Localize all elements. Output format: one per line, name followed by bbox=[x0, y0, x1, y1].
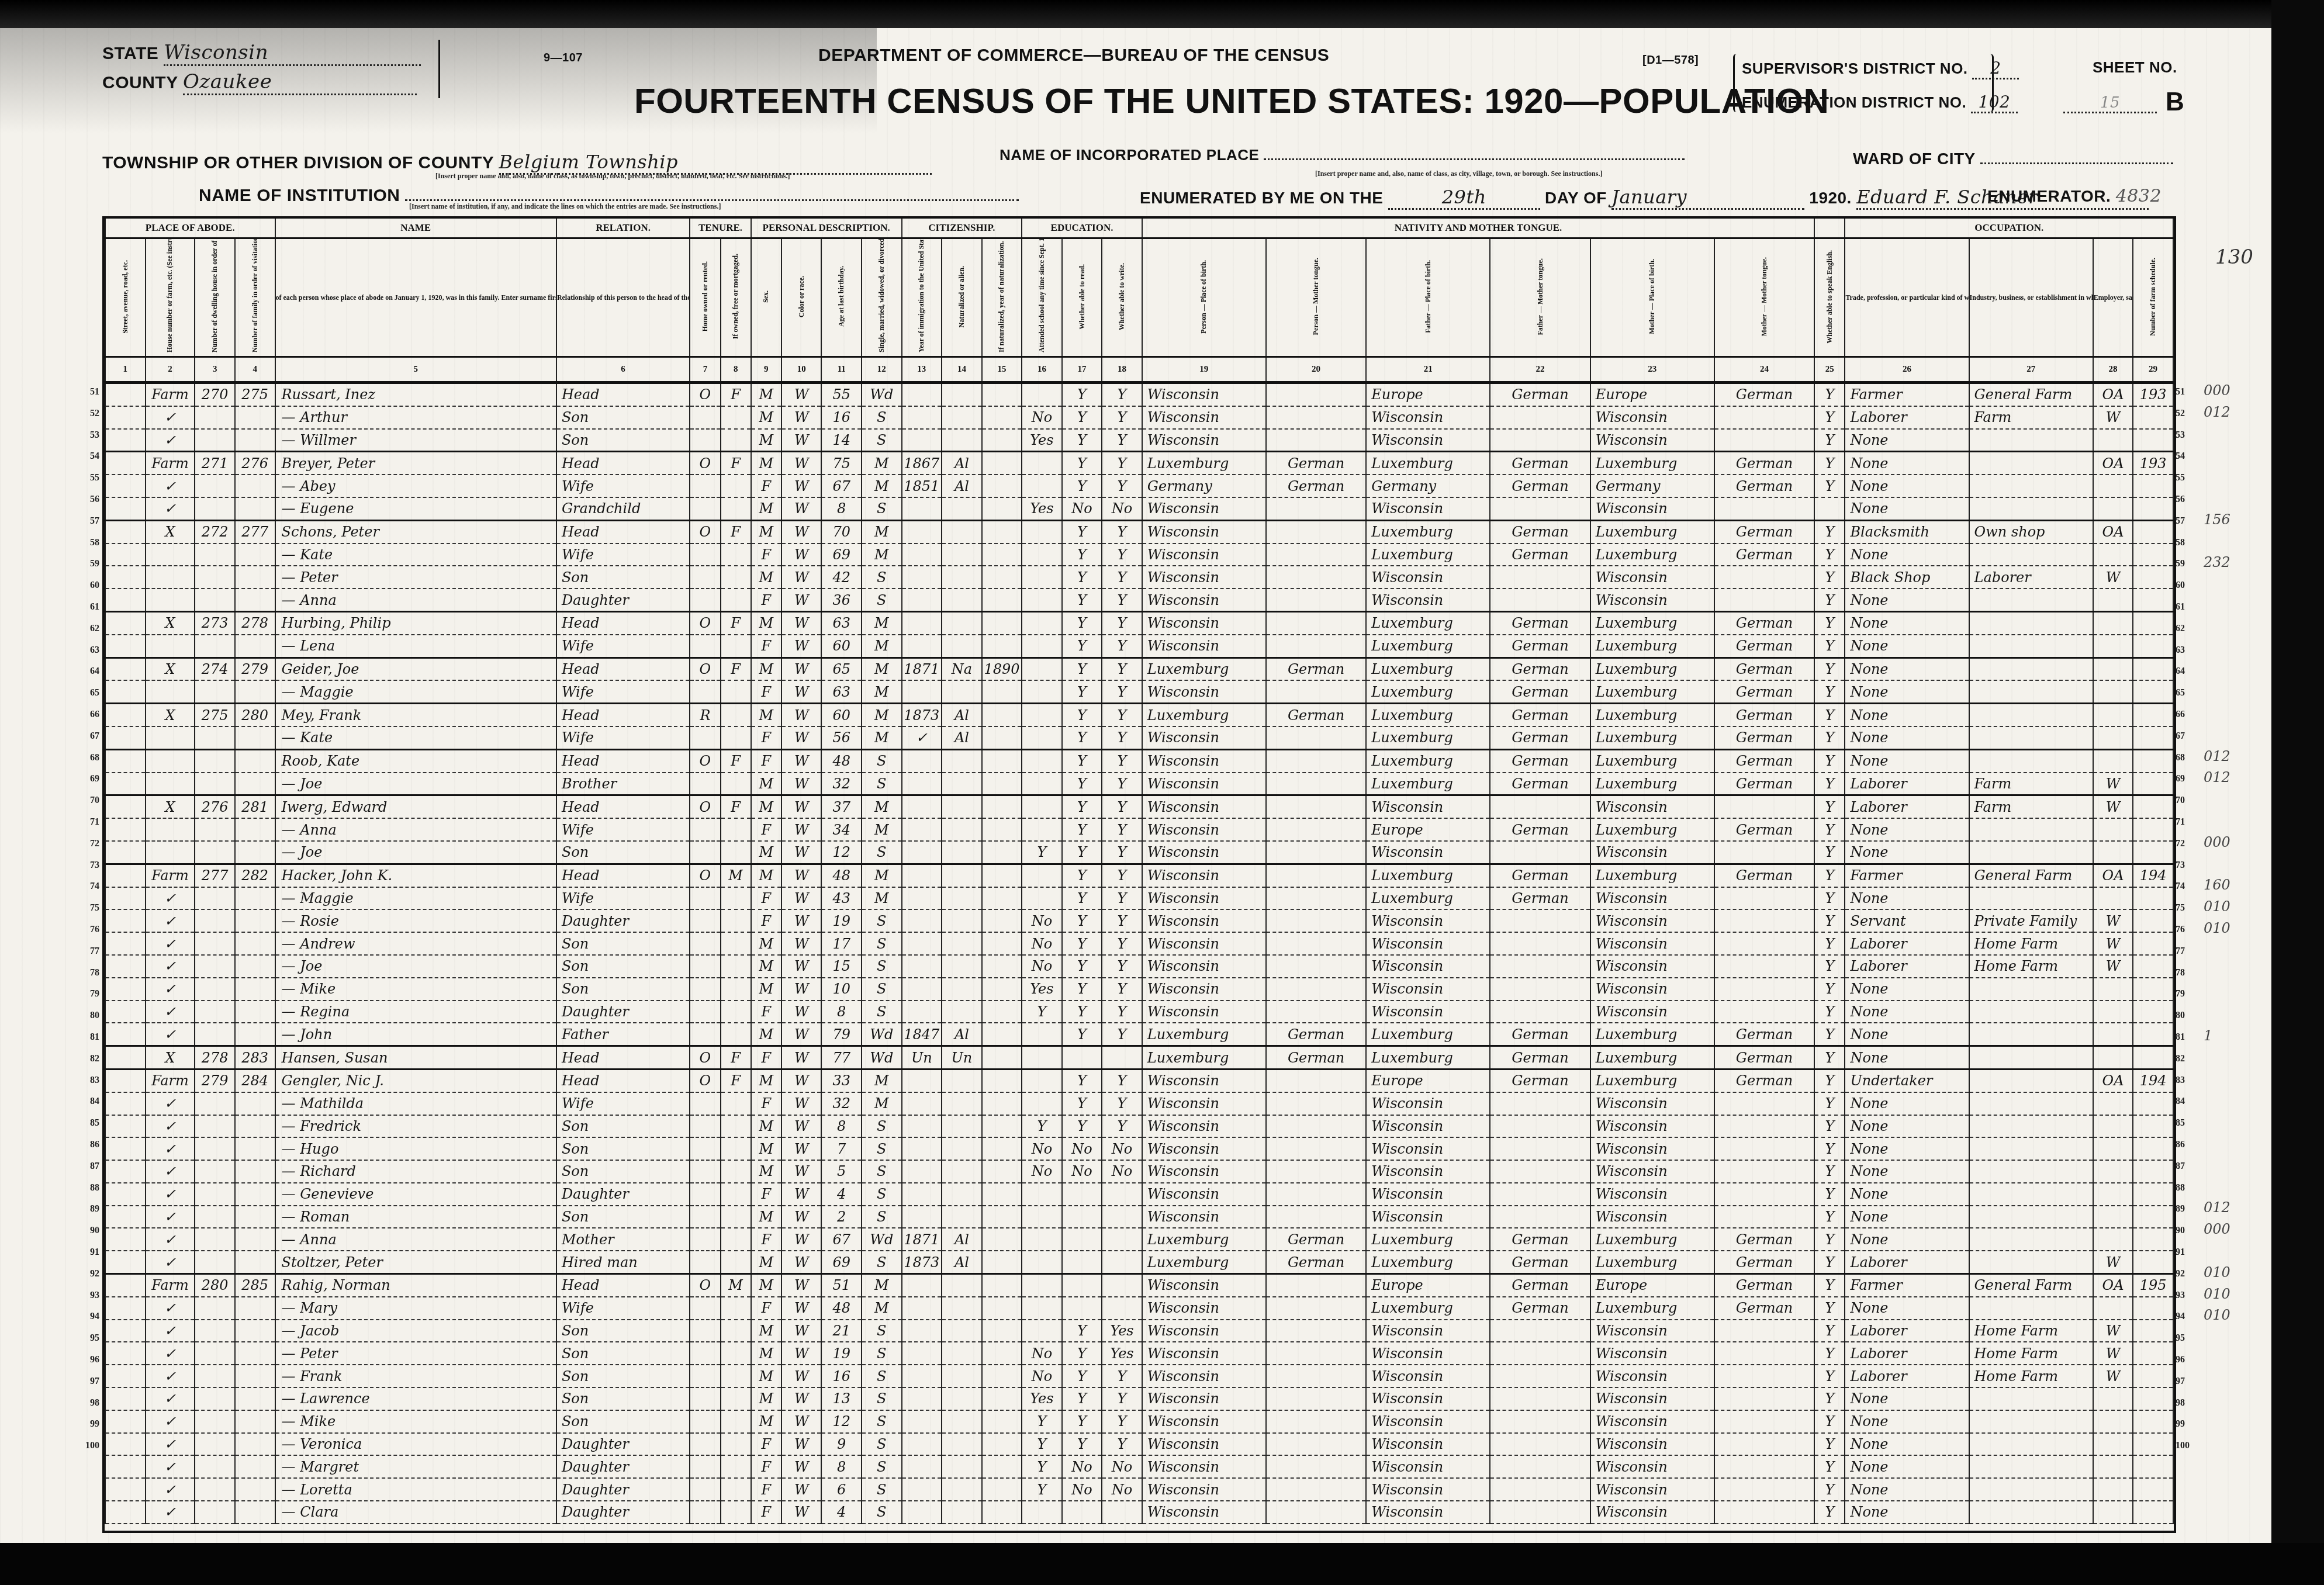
cell-relation: Wife bbox=[556, 544, 690, 566]
cell-natyr bbox=[982, 841, 1022, 864]
cell-mtongue bbox=[1714, 406, 1814, 429]
column-group-4: PERSONAL DESCRIPTION. bbox=[751, 219, 902, 238]
cell-tongue bbox=[1266, 864, 1366, 887]
cell-tongue: German bbox=[1266, 1228, 1366, 1251]
incorporated-place-label: NAME OF INCORPORATED PLACE bbox=[1000, 146, 1259, 164]
enumerator-label: ENUMERATOR. bbox=[1987, 187, 2111, 205]
cell-trade: Laborer bbox=[1845, 955, 1969, 978]
cell-trade: None bbox=[1845, 1046, 1969, 1070]
cell-age: 2 bbox=[821, 1206, 862, 1228]
cell-pob: Wisconsin bbox=[1142, 1115, 1266, 1138]
cell-ftongue bbox=[1490, 909, 1590, 932]
margin-code: 000 bbox=[2204, 1221, 2230, 1237]
supervisor-district-value: 2 bbox=[1972, 58, 2019, 79]
cell-mtongue: German bbox=[1714, 452, 1814, 475]
cell-school bbox=[1022, 887, 1062, 910]
cell-eng: Y bbox=[1814, 1206, 1845, 1228]
column-header-2: House number or farm, etc. (See instruct… bbox=[146, 238, 195, 357]
line-number-left: 91 bbox=[0, 1247, 99, 1258]
cell-pob: Wisconsin bbox=[1142, 406, 1266, 429]
cell-trade: None bbox=[1845, 1206, 1969, 1228]
line-number-left: 56 bbox=[0, 494, 99, 505]
cell-school: Y bbox=[1022, 841, 1062, 864]
line-number-left: 86 bbox=[0, 1140, 99, 1150]
cell-emp bbox=[2093, 704, 2133, 726]
cell-imm bbox=[902, 1274, 942, 1297]
cell-ftongue: German bbox=[1490, 1023, 1590, 1046]
cell-race: W bbox=[781, 429, 822, 452]
cell-marital: M bbox=[862, 452, 902, 475]
cell-read bbox=[1062, 1297, 1102, 1320]
cell-own bbox=[690, 497, 720, 520]
cell-ftongue: German bbox=[1490, 452, 1590, 475]
cell-write: No bbox=[1102, 1137, 1142, 1160]
cell-family bbox=[235, 1023, 275, 1046]
cell-pob: Wisconsin bbox=[1142, 1320, 1266, 1342]
column-header-25: Whether able to speak English. bbox=[1814, 238, 1845, 357]
table-row: ✓— AnnaMotherFW67Wd1871AlLuxemburgGerman… bbox=[105, 1228, 2173, 1251]
cell-name: — Willmer bbox=[275, 429, 556, 452]
cell-relation: Hired man bbox=[556, 1251, 690, 1273]
cell-relation: Head bbox=[556, 1046, 690, 1070]
cell-nat bbox=[942, 680, 982, 703]
cell-natyr bbox=[982, 1433, 1022, 1456]
cell-abode: ✓ bbox=[146, 932, 195, 955]
cell-sex: M bbox=[751, 1320, 781, 1342]
column-header-29: Number of farm schedule. bbox=[2133, 238, 2173, 357]
cell-trade: None bbox=[1845, 978, 1969, 1001]
cell-fpob: Luxemburg bbox=[1366, 1251, 1490, 1273]
cell-marital: S bbox=[862, 841, 902, 864]
cell-farm bbox=[2133, 1410, 2173, 1433]
cell-ftongue bbox=[1490, 1410, 1590, 1433]
cell-read bbox=[1062, 1274, 1102, 1297]
cell-street bbox=[105, 680, 146, 703]
cell-family bbox=[235, 1137, 275, 1160]
cell-family bbox=[235, 1387, 275, 1410]
cell-imm bbox=[902, 1137, 942, 1160]
cell-farm: 193 bbox=[2133, 452, 2173, 475]
cell-imm bbox=[902, 383, 942, 406]
cell-write: Y bbox=[1102, 475, 1142, 497]
cell-farm bbox=[2133, 818, 2173, 841]
cell-tongue bbox=[1266, 520, 1366, 543]
cell-emp: W bbox=[2093, 795, 2133, 818]
line-number-right: 55 bbox=[2176, 473, 2185, 483]
cell-emp bbox=[2093, 1455, 2133, 1478]
cell-relation: Wife bbox=[556, 818, 690, 841]
cell-mtongue: German bbox=[1714, 726, 1814, 749]
cell-family bbox=[235, 1365, 275, 1387]
table-row: ✓— AndrewSonMW17SNoYYWisconsinWisconsinW… bbox=[105, 932, 2173, 955]
cell-eng: Y bbox=[1814, 818, 1845, 841]
cell-name: — Regina bbox=[275, 1001, 556, 1023]
cell-sex: M bbox=[751, 611, 781, 634]
cell-mtongue: German bbox=[1714, 1228, 1814, 1251]
cell-industry: Home Farm bbox=[1969, 1342, 2093, 1365]
cell-ftongue bbox=[1490, 497, 1590, 520]
cell-age: 63 bbox=[821, 611, 862, 634]
cell-eng: Y bbox=[1814, 452, 1845, 475]
margin-code: 012 bbox=[2204, 404, 2230, 420]
cell-marital: Wd bbox=[862, 1228, 902, 1251]
cell-school bbox=[1022, 611, 1062, 634]
cell-natyr bbox=[982, 452, 1022, 475]
cell-emp bbox=[2093, 1183, 2133, 1206]
cell-dwelling bbox=[195, 1251, 235, 1273]
cell-street bbox=[105, 726, 146, 749]
line-number-left: 60 bbox=[0, 580, 99, 591]
cell-free bbox=[721, 704, 751, 726]
cell-abode: ✓ bbox=[146, 1115, 195, 1138]
cell-family bbox=[235, 1478, 275, 1501]
cell-write: Y bbox=[1102, 818, 1142, 841]
cell-industry: Home Farm bbox=[1969, 1320, 2093, 1342]
cell-dwelling: 271 bbox=[195, 452, 235, 475]
column-number-8: 8 bbox=[721, 357, 751, 383]
cell-eng: Y bbox=[1814, 589, 1845, 611]
cell-mpob: Wisconsin bbox=[1590, 1115, 1714, 1138]
cell-fpob: Luxemburg bbox=[1366, 520, 1490, 543]
cell-street bbox=[105, 1365, 146, 1387]
cell-family bbox=[235, 566, 275, 589]
cell-industry bbox=[1969, 1455, 2093, 1478]
cell-race: W bbox=[781, 680, 822, 703]
cell-read: Y bbox=[1062, 1387, 1102, 1410]
cell-abode: X bbox=[146, 611, 195, 634]
cell-sex: F bbox=[751, 1501, 781, 1524]
cell-farm bbox=[2133, 1297, 2173, 1320]
cell-read: Y bbox=[1062, 383, 1102, 406]
cell-tongue bbox=[1266, 1297, 1366, 1320]
township-label: TOWNSHIP OR OTHER DIVISION OF COUNTY bbox=[102, 153, 494, 172]
cell-race: W bbox=[781, 1251, 822, 1273]
column-header-text: If naturalized, year of naturalization. bbox=[998, 241, 1005, 352]
cell-natyr bbox=[982, 864, 1022, 887]
cell-ftongue bbox=[1490, 1092, 1590, 1115]
cell-name: — Anna bbox=[275, 589, 556, 611]
cell-ftongue: German bbox=[1490, 680, 1590, 703]
cell-imm: 1847 bbox=[902, 1023, 942, 1046]
cell-nat bbox=[942, 1410, 982, 1433]
cell-mpob: Luxemburg bbox=[1590, 1023, 1714, 1046]
cell-school bbox=[1022, 475, 1062, 497]
cell-farm bbox=[2133, 1046, 2173, 1070]
cell-name: Geider, Joe bbox=[275, 657, 556, 680]
cell-abode: X bbox=[146, 704, 195, 726]
census-table: PLACE OF ABODE.NAMERELATION.TENURE.PERSO… bbox=[102, 216, 2176, 1533]
table-row: ✓— JoeSonMW15SNoYYWisconsinWisconsinWisc… bbox=[105, 955, 2173, 978]
cell-emp bbox=[2093, 1160, 2133, 1183]
cell-ftongue bbox=[1490, 1206, 1590, 1228]
cell-pob: Wisconsin bbox=[1142, 566, 1266, 589]
cell-natyr bbox=[982, 497, 1022, 520]
cell-fpob: Luxemburg bbox=[1366, 749, 1490, 772]
cell-abode: ✓ bbox=[146, 978, 195, 1001]
cell-emp bbox=[2093, 1046, 2133, 1070]
cell-farm bbox=[2133, 1342, 2173, 1365]
cell-industry bbox=[1969, 1206, 2093, 1228]
cell-sex: M bbox=[751, 1410, 781, 1433]
cell-tongue bbox=[1266, 1001, 1366, 1023]
table-row: ✓— EugeneGrandchildMW8SYesNoNoWisconsinW… bbox=[105, 497, 2173, 520]
enumerated-day: 29th bbox=[1388, 186, 1540, 210]
cell-write: Y bbox=[1102, 680, 1142, 703]
cell-name: — Andrew bbox=[275, 932, 556, 955]
line-number-left: 88 bbox=[0, 1183, 99, 1193]
cell-industry bbox=[1969, 657, 2093, 680]
column-header-text: Number of dwelling house in order of vis… bbox=[211, 241, 219, 352]
ward-label: WARD OF CITY bbox=[1853, 150, 1975, 168]
cell-write: Y bbox=[1102, 1115, 1142, 1138]
cell-own bbox=[690, 406, 720, 429]
cell-eng: Y bbox=[1814, 1069, 1845, 1092]
cell-abode: ✓ bbox=[146, 1342, 195, 1365]
cell-fpob: Wisconsin bbox=[1366, 406, 1490, 429]
cell-pob: Wisconsin bbox=[1142, 864, 1266, 887]
cell-race: W bbox=[781, 635, 822, 657]
cell-nat bbox=[942, 864, 982, 887]
cell-fpob: Luxemburg bbox=[1366, 864, 1490, 887]
cell-nat bbox=[942, 566, 982, 589]
cell-name: Roob, Kate bbox=[275, 749, 556, 772]
cell-free bbox=[721, 1501, 751, 1524]
cell-mtongue bbox=[1714, 566, 1814, 589]
cell-free: F bbox=[721, 749, 751, 772]
cell-nat bbox=[942, 1183, 982, 1206]
cell-dwelling: 279 bbox=[195, 1069, 235, 1092]
column-number-3: 3 bbox=[195, 357, 235, 383]
cell-ftongue: German bbox=[1490, 1228, 1590, 1251]
cell-nat bbox=[942, 909, 982, 932]
cell-imm bbox=[902, 1001, 942, 1023]
line-number-left: 68 bbox=[0, 753, 99, 763]
cell-mtongue bbox=[1714, 1455, 1814, 1478]
cell-tongue bbox=[1266, 589, 1366, 611]
cell-farm bbox=[2133, 544, 2173, 566]
cell-mpob: Germany bbox=[1590, 475, 1714, 497]
cell-industry bbox=[1969, 841, 2093, 864]
cell-farm bbox=[2133, 909, 2173, 932]
cell-pob: Wisconsin bbox=[1142, 1069, 1266, 1092]
table-row: ✓— RomanSonMW2SWisconsinWisconsinWiscons… bbox=[105, 1206, 2173, 1228]
cell-name: — Abey bbox=[275, 475, 556, 497]
cell-sex: F bbox=[751, 635, 781, 657]
cell-mpob: Wisconsin bbox=[1590, 1160, 1714, 1183]
cell-read: Y bbox=[1062, 611, 1102, 634]
cell-mpob: Wisconsin bbox=[1590, 1433, 1714, 1456]
cell-imm bbox=[902, 589, 942, 611]
margin-code: 012 bbox=[2204, 1199, 2230, 1216]
cell-nat bbox=[942, 1455, 982, 1478]
cell-write: Y bbox=[1102, 520, 1142, 543]
cell-mtongue bbox=[1714, 1501, 1814, 1524]
cell-family bbox=[235, 406, 275, 429]
cell-dwelling bbox=[195, 589, 235, 611]
column-number-23: 23 bbox=[1590, 357, 1714, 383]
cell-school bbox=[1022, 383, 1062, 406]
line-number-right: 85 bbox=[2176, 1118, 2185, 1129]
line-number-right: 74 bbox=[2176, 881, 2185, 892]
cell-relation: Head bbox=[556, 795, 690, 818]
cell-read: Y bbox=[1062, 773, 1102, 795]
cell-race: W bbox=[781, 1228, 822, 1251]
cell-dwelling bbox=[195, 1365, 235, 1387]
supervisor-district-label: SUPERVISOR'S DISTRICT NO. bbox=[1742, 60, 1968, 77]
cell-read: Y bbox=[1062, 520, 1102, 543]
cell-tongue bbox=[1266, 749, 1366, 772]
cell-ftongue: German bbox=[1490, 1046, 1590, 1070]
cell-pob: Wisconsin bbox=[1142, 1137, 1266, 1160]
cell-farm bbox=[2133, 611, 2173, 634]
cell-name: — Mike bbox=[275, 978, 556, 1001]
cell-ftongue bbox=[1490, 978, 1590, 1001]
cell-farm bbox=[2133, 1228, 2173, 1251]
cell-industry bbox=[1969, 589, 2093, 611]
cell-school bbox=[1022, 749, 1062, 772]
cell-eng: Y bbox=[1814, 635, 1845, 657]
cell-marital: S bbox=[862, 589, 902, 611]
cell-imm bbox=[902, 1387, 942, 1410]
cell-name: — Eugene bbox=[275, 497, 556, 520]
line-number-right: 83 bbox=[2176, 1075, 2185, 1086]
cell-dwelling: 275 bbox=[195, 704, 235, 726]
cell-own bbox=[690, 1455, 720, 1478]
cell-race: W bbox=[781, 406, 822, 429]
cell-write bbox=[1102, 1501, 1142, 1524]
cell-sex: F bbox=[751, 544, 781, 566]
cell-trade: Farmer bbox=[1845, 864, 1969, 887]
column-header-12: Single, married, widowed, or divorced. bbox=[862, 238, 902, 357]
cell-age: 16 bbox=[821, 406, 862, 429]
line-number-left: 89 bbox=[0, 1204, 99, 1214]
cell-sex: M bbox=[751, 383, 781, 406]
cell-sex: M bbox=[751, 1251, 781, 1273]
cell-farm bbox=[2133, 887, 2173, 910]
cell-tongue bbox=[1266, 795, 1366, 818]
cell-pob: Wisconsin bbox=[1142, 383, 1266, 406]
cell-natyr bbox=[982, 429, 1022, 452]
cell-abode: ✓ bbox=[146, 1433, 195, 1456]
cell-emp bbox=[2093, 475, 2133, 497]
cell-read: Y bbox=[1062, 704, 1102, 726]
cell-marital: S bbox=[862, 406, 902, 429]
cell-family bbox=[235, 1455, 275, 1478]
cell-name: — Mary bbox=[275, 1297, 556, 1320]
cell-imm bbox=[902, 406, 942, 429]
cell-free: F bbox=[721, 520, 751, 543]
cell-industry bbox=[1969, 1183, 2093, 1206]
cell-marital: S bbox=[862, 1433, 902, 1456]
cell-dwelling bbox=[195, 887, 235, 910]
cell-emp bbox=[2093, 429, 2133, 452]
cell-imm: ✓ bbox=[902, 726, 942, 749]
cell-nat bbox=[942, 1387, 982, 1410]
cell-own: O bbox=[690, 383, 720, 406]
cell-school bbox=[1022, 1501, 1062, 1524]
cell-natyr bbox=[982, 1115, 1022, 1138]
cell-marital: M bbox=[862, 475, 902, 497]
cell-write bbox=[1102, 1183, 1142, 1206]
cell-sex: F bbox=[751, 1433, 781, 1456]
cell-sex: F bbox=[751, 1228, 781, 1251]
column-number-row: 1234567891011121314151617181920212223242… bbox=[105, 357, 2173, 383]
cell-write: Y bbox=[1102, 1433, 1142, 1456]
cell-mpob: Luxemburg bbox=[1590, 1297, 1714, 1320]
cell-abode bbox=[146, 749, 195, 772]
cell-school bbox=[1022, 1206, 1062, 1228]
cell-industry: Farm bbox=[1969, 773, 2093, 795]
cell-school: Yes bbox=[1022, 497, 1062, 520]
cell-industry bbox=[1969, 1501, 2093, 1524]
cell-emp bbox=[2093, 680, 2133, 703]
margin-code: 010 bbox=[2204, 898, 2230, 915]
cell-family bbox=[235, 429, 275, 452]
cell-free: M bbox=[721, 1274, 751, 1297]
cell-sex: M bbox=[751, 978, 781, 1001]
cell-race: W bbox=[781, 566, 822, 589]
column-number-6: 6 bbox=[556, 357, 690, 383]
cell-street bbox=[105, 657, 146, 680]
column-header-text: Father — Mother tongue. bbox=[1537, 258, 1544, 335]
table-row: Roob, KateHeadOFFW48SYYWisconsinLuxembur… bbox=[105, 749, 2173, 772]
cell-trade: None bbox=[1845, 544, 1969, 566]
line-number-left: 70 bbox=[0, 795, 99, 806]
cell-imm bbox=[902, 1115, 942, 1138]
cell-write: Y bbox=[1102, 864, 1142, 887]
cell-mtongue bbox=[1714, 887, 1814, 910]
column-number-2: 2 bbox=[146, 357, 195, 383]
column-header-10: Color or race. bbox=[781, 238, 822, 357]
cell-street bbox=[105, 909, 146, 932]
cell-nat bbox=[942, 1501, 982, 1524]
cell-natyr: 1890 bbox=[982, 657, 1022, 680]
cell-mpob: Luxemburg bbox=[1590, 544, 1714, 566]
column-header-text: Person — Place of birth. bbox=[1200, 260, 1208, 334]
cell-emp bbox=[2093, 726, 2133, 749]
cell-relation: Head bbox=[556, 864, 690, 887]
margin-code: 010 bbox=[2204, 920, 2230, 936]
cell-abode: Farm bbox=[146, 1274, 195, 1297]
cell-imm bbox=[902, 680, 942, 703]
cell-imm bbox=[902, 1478, 942, 1501]
cell-school: No bbox=[1022, 932, 1062, 955]
column-header-27: Industry, business, or establishment in … bbox=[1969, 238, 2093, 357]
cell-own: O bbox=[690, 864, 720, 887]
cell-industry bbox=[1969, 1251, 2093, 1273]
cell-emp: W bbox=[2093, 1342, 2133, 1365]
table-row: Farm270275Russart, InezHeadOFMW55WdYYWis… bbox=[105, 383, 2173, 406]
cell-name: — Clara bbox=[275, 1501, 556, 1524]
cell-eng: Y bbox=[1814, 978, 1845, 1001]
cell-age: 12 bbox=[821, 1410, 862, 1433]
cell-farm bbox=[2133, 932, 2173, 955]
cell-street bbox=[105, 1410, 146, 1433]
cell-dwelling bbox=[195, 544, 235, 566]
cell-free: F bbox=[721, 611, 751, 634]
cell-free bbox=[721, 841, 751, 864]
ward-field: WARD OF CITY bbox=[1853, 150, 2173, 168]
cell-school bbox=[1022, 818, 1062, 841]
table-row: — JoeSonMW12SYYYWisconsinWisconsinWiscon… bbox=[105, 841, 2173, 864]
cell-nat: Un bbox=[942, 1046, 982, 1070]
line-number-right: 73 bbox=[2176, 860, 2185, 871]
column-number-7: 7 bbox=[690, 357, 720, 383]
cell-family bbox=[235, 1001, 275, 1023]
column-header-text: Father — Place of birth. bbox=[1424, 260, 1432, 333]
cell-own bbox=[690, 1478, 720, 1501]
column-number-1: 1 bbox=[105, 357, 146, 383]
